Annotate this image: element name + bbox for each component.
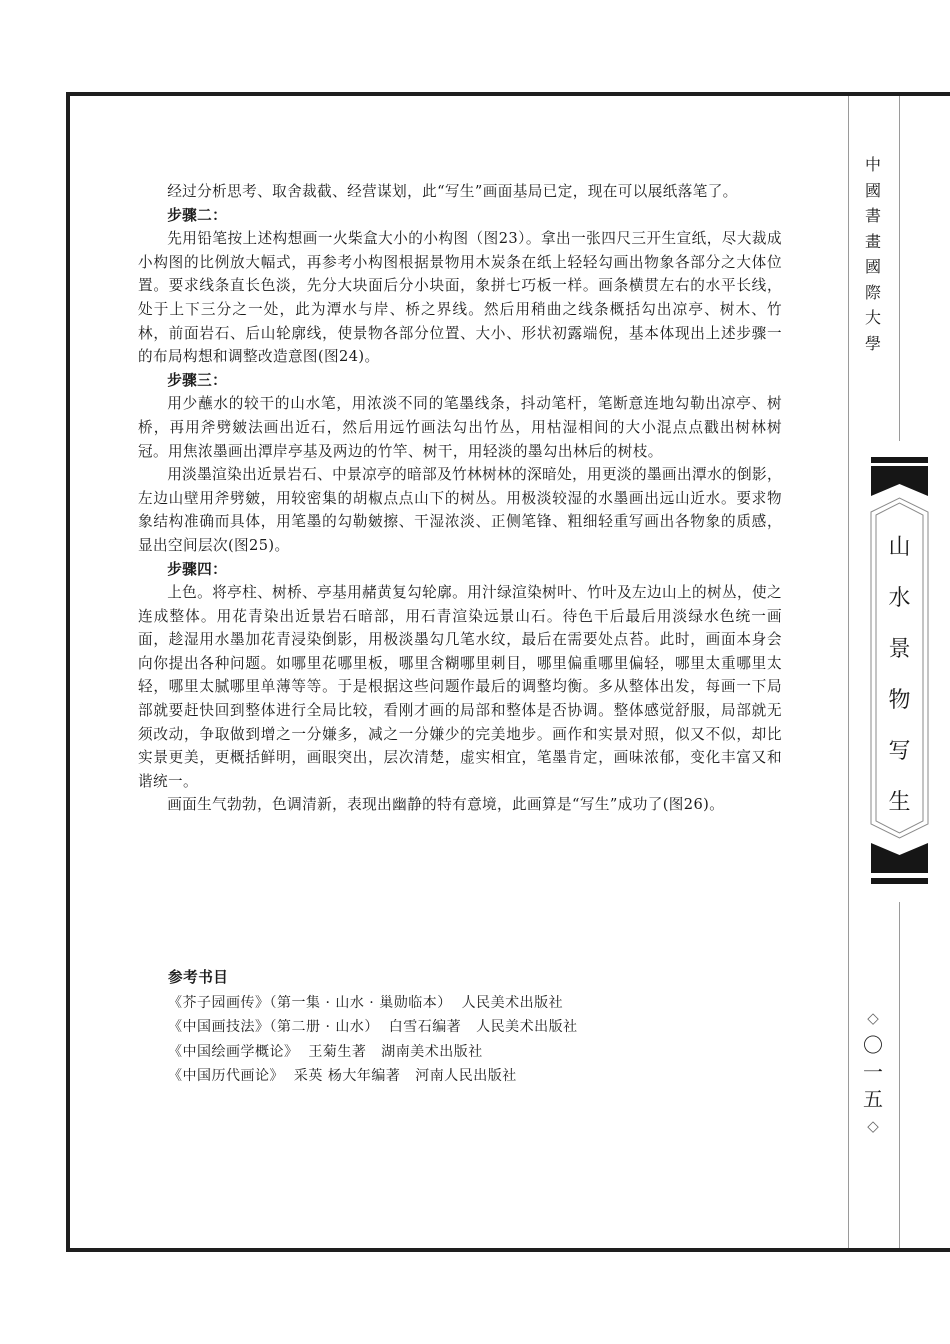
university-char: 際 <box>858 280 888 306</box>
university-char: 國 <box>858 178 888 204</box>
page-frame-bottom-border <box>66 1248 950 1252</box>
step4-paragraph-2: 画面生气勃勃，色调清新，表现出幽静的特有意境，此画算是“写生”成功了(图26)。 <box>138 793 782 817</box>
chapter-title-char: 景 <box>873 624 926 675</box>
university-char: 中 <box>858 152 888 178</box>
reference-item: 《中国画技法》（第二册 · 山水） 白雪石编著 人民美术出版社 <box>168 1015 768 1040</box>
sidebar-divider-inner-bottom <box>899 902 900 1248</box>
page-number: ◇ 〇 一 五 ◇ <box>860 1005 886 1140</box>
page-number-digit: 一 <box>860 1059 886 1086</box>
banner-top-notch-icon <box>871 466 928 496</box>
reference-item: 《中国历代画论》 采英 杨大年编著 河南人民出版社 <box>168 1064 768 1089</box>
university-char: 書 <box>858 203 888 229</box>
university-char: 學 <box>858 331 888 357</box>
article-body: 经过分析思考、取舍裁截、经营谋划，此“写生”画面基局已定，现在可以展纸落笔了。 … <box>138 180 782 817</box>
step4-paragraph-1: 上色。将亭柱、树桥、亭基用赭黄复勾轮廓。用汁绿渲染树叶、竹叶及左边山上的树丛，使… <box>138 581 782 793</box>
sidebar-divider-inner-top <box>899 96 900 441</box>
university-name-vertical: 中 國 書 畫 國 際 大 學 <box>858 152 888 356</box>
diamond-ornament-icon: ◇ <box>860 1005 886 1032</box>
chapter-title-char: 写 <box>873 726 926 777</box>
diamond-ornament-icon: ◇ <box>860 1113 886 1140</box>
sidebar-divider-outer <box>848 96 849 1248</box>
chapter-title-char: 山 <box>873 522 926 573</box>
references-section: 参考书目 《芥子园画传》（第一集 · 山水 · 巢勋临本） 人民美术出版社 《中… <box>168 966 768 1089</box>
page-frame-left-border <box>66 92 70 1252</box>
step3-paragraph-1: 用少蘸水的较干的山水笔，用浓淡不同的笔墨线条，抖动笔杆，笔断意连地勾勒出凉亭、树… <box>138 392 782 463</box>
page-number-digit: 〇 <box>860 1032 886 1059</box>
step2-paragraph: 先用铅笔按上述构想画一火柴盒大小的小构图（图23）。拿出一张四尺三开生宣纸，尽大… <box>138 227 782 369</box>
step4-heading: 步骤四： <box>138 558 782 582</box>
chapter-title-char: 物 <box>873 675 926 726</box>
banner-bottom-thin-bar <box>871 878 928 884</box>
chapter-title-char: 水 <box>873 573 926 624</box>
step3-heading: 步骤三： <box>138 369 782 393</box>
university-char: 國 <box>858 254 888 280</box>
step2-heading: 步骤二： <box>138 204 782 228</box>
reference-item: 《芥子园画传》（第一集 · 山水 · 巢勋临本） 人民美术出版社 <box>168 991 768 1016</box>
university-char: 大 <box>858 305 888 331</box>
chapter-title-char: 生 <box>873 777 926 828</box>
step3-paragraph-2: 用淡墨渲染出近景岩石、中景凉亭的暗部及竹林树林的深暗处，用更淡的墨画出潭水的倒影… <box>138 463 782 557</box>
references-heading: 参考书目 <box>168 966 768 991</box>
page-number-digit: 五 <box>860 1086 886 1113</box>
page-frame-top-border <box>67 92 950 96</box>
university-char: 畫 <box>858 229 888 255</box>
banner-bottom-notch-icon <box>871 843 928 873</box>
reference-item: 《中国绘画学概论》 王菊生著 湖南美术出版社 <box>168 1040 768 1065</box>
intro-paragraph: 经过分析思考、取舍裁截、经营谋划，此“写生”画面基局已定，现在可以展纸落笔了。 <box>138 180 782 204</box>
chapter-title-vertical: 山 水 景 物 写 生 <box>873 522 926 828</box>
banner-top-thin-bar <box>871 457 928 463</box>
